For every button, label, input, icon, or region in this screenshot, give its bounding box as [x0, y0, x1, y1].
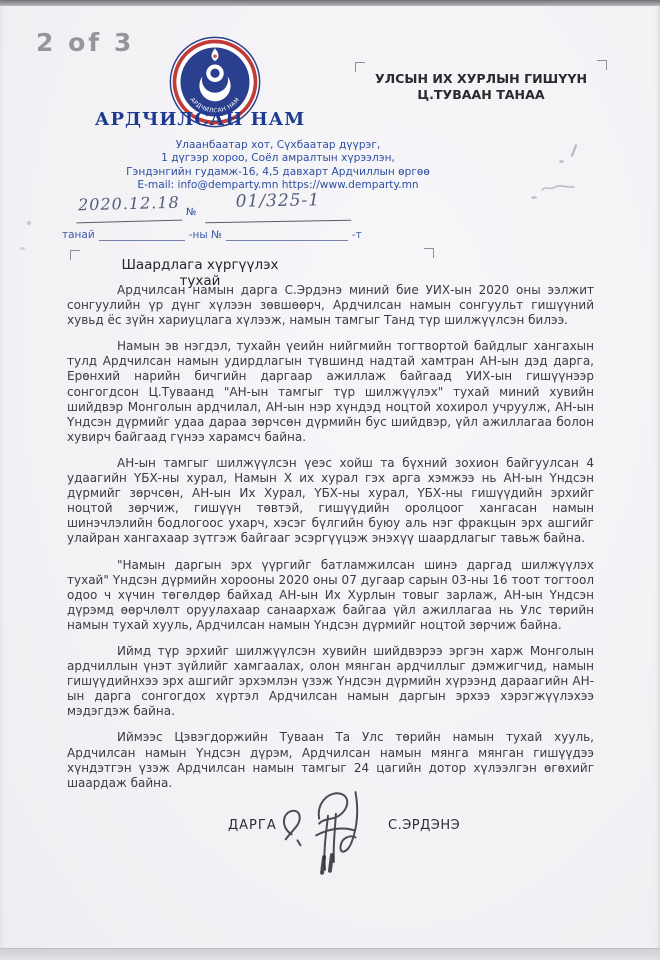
number-sign: № — [186, 207, 196, 218]
address-line-2: 1 дүгээр хороо, Соёл амралтын хүрээлэн, — [73, 152, 483, 165]
body-paragraph-5: Иймд түр эрхийг шилжүүлсэн хувийн шийдвэ… — [67, 644, 594, 719]
scan-mark-squiggle — [540, 182, 576, 194]
ref-suffix: -т — [352, 229, 362, 241]
scan-top-edge — [0, 0, 660, 6]
scan-mark-speck — [559, 160, 564, 163]
recipient-block: УЛСЫН ИХ ХУРЛЫН ГИШҮҮН Ц.ТУВААН ТАНАА — [355, 60, 607, 106]
body-paragraph-2: Намын эв нэгдэл, тухайн үеийн нийгмийн т… — [67, 339, 594, 445]
handwritten-signature — [268, 780, 386, 880]
page-indicator: 2 of 3 — [36, 28, 134, 57]
org-address: Улаанбаатар хот, Сүхбаатар дүүрэг, 1 дүг… — [73, 139, 483, 193]
handwritten-doc-number: 01/325-1 — [205, 190, 352, 224]
signer-name: С.ЭРДЭНЭ — [388, 818, 460, 833]
ref-blank-2 — [226, 229, 348, 241]
recipient-line-2: Ц.ТУВААН ТАНАА — [365, 87, 597, 103]
recipient-line-1: УЛСЫН ИХ ХУРЛЫН ГИШҮҮН — [365, 71, 597, 87]
date-number-row: 2020.12.18 № 01/325-1 — [0, 194, 660, 224]
subject-corner-mark-left — [70, 250, 80, 260]
reference-row: танай-ны №-т — [62, 229, 362, 241]
address-line-3: Гэндэнгийн гудамж-16, 4,5 давхарт Ардчил… — [73, 166, 483, 179]
signature-block: ДАРГА С.ЭРДЭНЭ — [0, 780, 660, 900]
scan-bottom-edge — [0, 948, 660, 960]
scan-mark-speck — [27, 221, 31, 225]
body-paragraph-1: Ардчилсан намын дарга С.Эрдэнэ миний бие… — [67, 283, 594, 328]
handwritten-date: 2020.12.18 — [76, 193, 183, 224]
address-line-1: Улаанбаатар хот, Сүхбаатар дүүрэг, — [73, 139, 483, 152]
letter-body: Ардчилсан намын дарга С.Эрдэнэ миний бие… — [67, 283, 594, 802]
corner-mark-top-right — [597, 60, 607, 70]
ref-blank-1 — [99, 229, 185, 241]
scan-mark-speck — [20, 247, 25, 250]
scan-mark-slash — [571, 144, 578, 157]
corner-mark-top-left — [355, 62, 365, 72]
body-paragraph-4: "Намын даргын эрх үүргийг батламжилсан ш… — [67, 558, 594, 633]
org-name: АРДЧИЛСАН НАМ — [80, 109, 320, 130]
ref-prefix: танай — [62, 229, 95, 241]
scan-mark-speck — [531, 196, 537, 199]
body-paragraph-3: АН-ын тамгыг шилжүүлсэн үеэс хойш та бүх… — [67, 456, 594, 547]
scanned-letter-page: 2 of 3 АРДЧИЛСАН НАМ АРДЧИЛСАН НАМ Улаан… — [0, 0, 660, 960]
ref-middle: -ны № — [189, 229, 222, 241]
subject-corner-mark-right — [424, 248, 434, 258]
